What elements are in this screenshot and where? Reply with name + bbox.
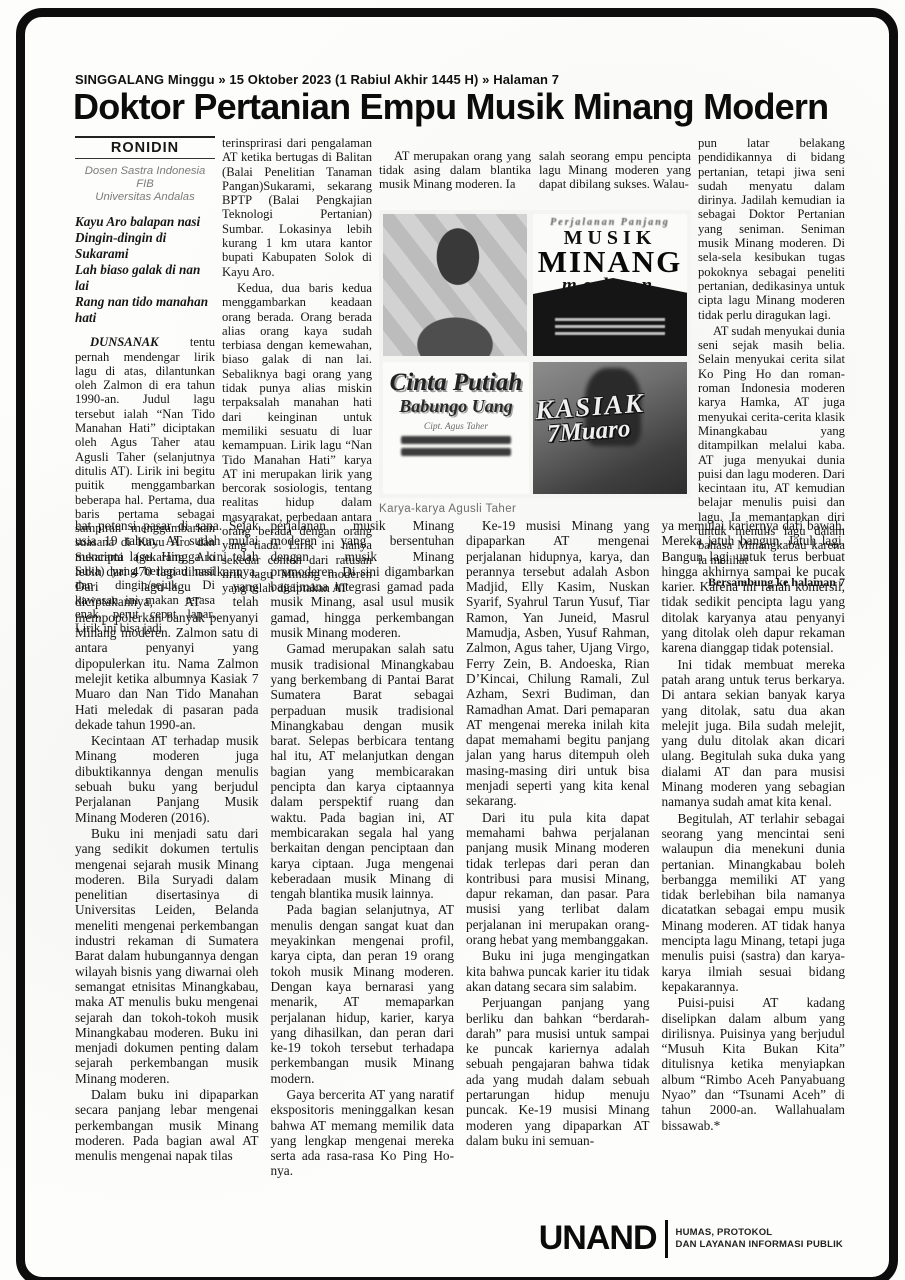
masthead: SINGGALANG Minggu » 15 Oktober 2023 (1 R… xyxy=(75,72,845,87)
album-credit: Cipt. Agus Taher xyxy=(383,422,529,432)
article-paragraph: hat potensi pasar di sana. Sejak usia 19… xyxy=(75,518,259,732)
article-paragraph: Buku ini juga mengingatkan kita bahwa pu… xyxy=(466,948,650,994)
author-affiliation-line2: Universitas Andalas xyxy=(75,191,215,204)
lower-section: hat potensi pasar di sana. Sejak usia 19… xyxy=(75,518,845,1218)
article-paragraph: Gamad merupakan salah satu musik tradisi… xyxy=(271,641,455,901)
lower-column-1: hat potensi pasar di sana. Sejak usia 19… xyxy=(75,518,259,1218)
article-paragraph: Puisi-puisi AT kadang diselipkan dalam a… xyxy=(662,995,846,1133)
article-paragraph: Pada bagian selanjutnya, AT menulis deng… xyxy=(271,902,455,1086)
poem-line: Dingin-dingin di Sukarami xyxy=(75,230,215,262)
top-column-1: RONIDIN Dosen Sastra Indonesia FIB Unive… xyxy=(75,136,215,508)
book-title-minang: MINANG xyxy=(533,248,687,276)
lower-column-4: ya memulai kariernya dari bawah. Mereka … xyxy=(662,518,846,1218)
article-paragraph: perjalanan musik Minang moderen yang ber… xyxy=(271,518,455,640)
article-paragraph: Ini tidak membuat mereka patah arang unt… xyxy=(662,657,846,810)
article-photo: Perjalanan Panjang MUSIK MINANG modern C… xyxy=(379,210,691,498)
article-paragraph: ya memulai kariernya dari bawah. Mereka … xyxy=(662,518,846,656)
article-paragraph: Gaya bercerita AT yang naratif eksposito… xyxy=(271,1087,455,1179)
middle-text-row: AT merupakan orang yang tidak asing dala… xyxy=(379,136,691,204)
book-cover-smalltext xyxy=(533,318,687,335)
book-cover-band xyxy=(533,294,687,356)
footer-line2: DAN LAYANAN INFORMASI PUBLIK xyxy=(676,1239,843,1251)
album-cover-kasiak-7-muaro: KASIAK 7Muaro xyxy=(533,362,687,494)
album-cover-cinta-putiah: Cinta Putiah Babungo Uang Cipt. Agus Tah… xyxy=(383,362,529,494)
book-cover-musik-minang-modern: Perjalanan Panjang MUSIK MINANG modern xyxy=(533,214,687,356)
author-name: RONIDIN xyxy=(75,141,215,159)
newspaper-page: SINGGALANG Minggu » 15 Oktober 2023 (1 R… xyxy=(0,0,905,1280)
footer-line1: HUMAS, PROTOKOL xyxy=(676,1227,843,1239)
article-paragraph: terinsprirasi dari pengalaman AT ketika … xyxy=(222,136,372,279)
article-paragraph: Ke-19 musisi Minang yang dipaparkan AT m… xyxy=(466,518,650,809)
author-affiliation-line1: Dosen Sastra Indonesia FIB xyxy=(75,165,215,191)
album-subtitle-babungo-uang: Babungo Uang xyxy=(383,396,529,416)
article-paragraph: Dalam buku ini dipaparkan secara panjang… xyxy=(75,1087,259,1163)
poem-line: Rang nan tido manahan hati xyxy=(75,294,215,326)
album-smalltext xyxy=(383,436,529,456)
book-tagline: Perjalanan Panjang xyxy=(533,217,687,228)
article-paragraph: salah seorang empu pencipta lagu Minang … xyxy=(539,149,691,192)
poem-line: Kayu Aro balapan nasi xyxy=(75,214,215,230)
top-column-5: pun latar belakang pendidikannya di bida… xyxy=(698,136,845,508)
article-paragraph: Perjuangan panjang yang berliku dan bahk… xyxy=(466,995,650,1148)
footer-divider xyxy=(665,1220,668,1258)
article-paragraph: Begitulah, AT terlahir sebagai seorang y… xyxy=(662,811,846,995)
poem: Kayu Aro balapan nasi Dingin-dingin di S… xyxy=(75,214,215,326)
lower-column-2: perjalanan musik Minang moderen yang ber… xyxy=(271,518,455,1218)
unand-logo: UNAND xyxy=(539,1219,657,1258)
author-affiliation: Dosen Sastra Indonesia FIB Universitas A… xyxy=(75,165,215,204)
article-paragraph: Dari itu pula kita dapat memahami bahwa … xyxy=(466,810,650,948)
article-paragraph: pun latar belakang pendidikannya di bida… xyxy=(698,136,845,322)
poem-line: Lah biaso galak di nan lai xyxy=(75,262,215,294)
top-column-2: terinsprirasi dari pengalaman AT ketika … xyxy=(222,136,372,508)
lead-word: DUNSANAK xyxy=(90,335,159,349)
top-column-middle: AT merupakan orang yang tidak asing dala… xyxy=(379,136,691,508)
lower-column-3: Ke-19 musisi Minang yang dipaparkan AT m… xyxy=(466,518,650,1218)
article-paragraph: Kecintaan AT terhadap musik Minang moder… xyxy=(75,733,259,825)
top-section: RONIDIN Dosen Sastra Indonesia FIB Unive… xyxy=(75,136,845,508)
album-title-cinta-putiah: Cinta Putiah xyxy=(383,370,529,396)
photo-caption: Karya-karya Agusli Taher xyxy=(379,503,691,515)
article-paragraph: AT merupakan orang yang tidak asing dala… xyxy=(379,149,531,192)
article-paragraph: Buku ini menjadi satu dari yang sedikit … xyxy=(75,826,259,1086)
headline: Doktor Pertanian Empu Musik Minang Moder… xyxy=(73,86,863,128)
author-box: RONIDIN Dosen Sastra Indonesia FIB Unive… xyxy=(75,136,215,204)
portrait-photo xyxy=(383,214,527,356)
footer-text: HUMAS, PROTOKOL DAN LAYANAN INFORMASI PU… xyxy=(676,1227,843,1251)
publisher-footer: UNAND HUMAS, PROTOKOL DAN LAYANAN INFORM… xyxy=(539,1219,843,1258)
